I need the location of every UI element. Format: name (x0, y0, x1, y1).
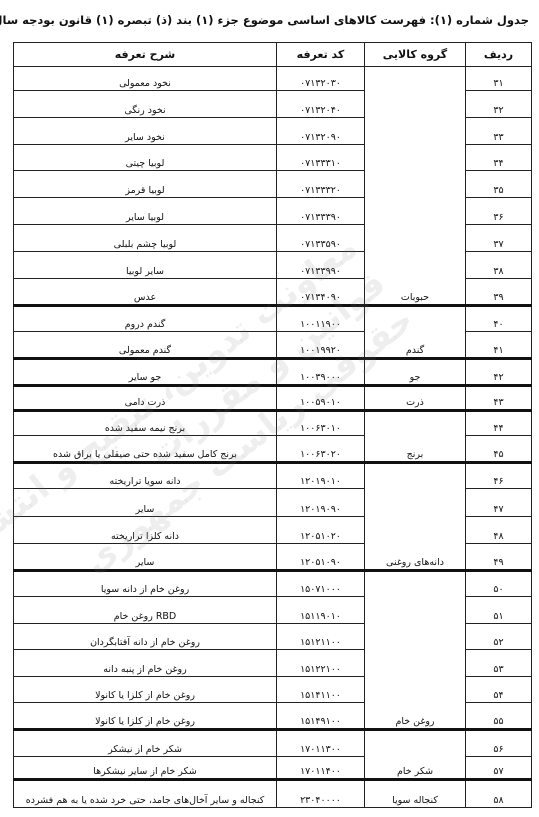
cell-tariff-code: ۰۷۱۳۲۰۹۰ (277, 118, 365, 145)
cell-tariff-description: روغن خام از کلزا یا کانولا (14, 677, 277, 703)
cell-group: شکر خام (365, 730, 466, 780)
cell-tariff-description: جو سایر (14, 359, 277, 386)
cell-tariff-description: ذرت دامی (14, 386, 277, 411)
cell-tariff-description: RBD روغن خام (14, 597, 277, 624)
cell-tariff-description: روغن خام از کلزا یا کانولا (14, 703, 277, 730)
cell-radif: ۵۱ (466, 597, 532, 624)
cell-radif: ۳۱ (466, 67, 532, 91)
cell-radif: ۴۲ (466, 359, 532, 386)
cell-group: کنجاله سویا (365, 780, 466, 808)
cell-tariff-description: کنجاله و سایر آخال‌های جامد، حتی خرد شده… (14, 780, 277, 808)
cell-group: حبوبات (365, 67, 466, 306)
cell-tariff-code: ۱۰۰۱۱۹۰۰ (277, 306, 365, 332)
cell-tariff-description: شکر خام از نیشکر (14, 730, 277, 757)
cell-group: ذرت (365, 386, 466, 411)
cell-radif: ۴۶ (466, 463, 532, 489)
cell-radif: ۴۷ (466, 489, 532, 517)
cell-tariff-code: ۱۲۰۵۱۰۹۰ (277, 544, 365, 571)
cell-tariff-description: لوبیا چشم بلبلی (14, 225, 277, 252)
cell-tariff-description: سایر لوبیا (14, 252, 277, 279)
cell-tariff-description: لوبیا سایر (14, 198, 277, 225)
cell-tariff-code: ۱۰۰۶۳۰۱۰ (277, 411, 365, 436)
cell-group: جو (365, 359, 466, 386)
header-group: گروه کالایی (365, 43, 466, 67)
cell-tariff-description: روغن خام از دانه سویا (14, 571, 277, 597)
cell-tariff-code: ۱۰۰۳۹۰۰۰ (277, 359, 365, 386)
header-radif: ردیف (466, 43, 532, 67)
cell-tariff-description: سایر (14, 544, 277, 571)
cell-radif: ۴۹ (466, 544, 532, 571)
cell-tariff-description: شکر خام از سایر نیشکرها (14, 757, 277, 780)
cell-tariff-description: نخود رنگی (14, 91, 277, 118)
cell-tariff-code: ۱۰۰۶۳۰۲۰ (277, 436, 365, 463)
cell-tariff-description: نخود معمولی (14, 67, 277, 91)
cell-radif: ۳۳ (466, 118, 532, 145)
tariff-table: ردیف گروه کالایی کد تعرفه شرح تعرفه ۳۱حب… (13, 42, 532, 808)
cell-tariff-code: ۱۷۰۱۱۳۰۰ (277, 730, 365, 757)
cell-tariff-code: ۱۰۰۵۹۰۱۰ (277, 386, 365, 411)
cell-radif: ۵۳ (466, 650, 532, 677)
table-row: ۵۰روغن خام۱۵۰۷۱۰۰۰روغن خام از دانه سویا (14, 571, 532, 597)
cell-radif: ۴۱ (466, 332, 532, 359)
cell-radif: ۵۰ (466, 571, 532, 597)
header-code: کد تعرفه (277, 43, 365, 67)
cell-tariff-code: ۱۰۰۱۹۹۲۰ (277, 332, 365, 359)
table-row: ۴۲جو۱۰۰۳۹۰۰۰جو سایر (14, 359, 532, 386)
cell-tariff-code: ۰۷۱۳۲۰۴۰ (277, 91, 365, 118)
cell-radif: ۳۵ (466, 171, 532, 198)
cell-tariff-code: ۰۷۱۳۳۳۱۰ (277, 145, 365, 171)
header-desc: شرح تعرفه (14, 43, 277, 67)
cell-radif: ۴۸ (466, 517, 532, 544)
cell-group: گندم (365, 306, 466, 359)
table-body: ۳۱حبوبات۰۷۱۳۲۰۳۰نخود معمولی۳۲۰۷۱۳۲۰۴۰نخو… (14, 67, 532, 808)
cell-tariff-code: ۱۷۰۱۱۴۰۰ (277, 757, 365, 780)
cell-tariff-description: گندم دروم (14, 306, 277, 332)
cell-tariff-description: لوبیا قرمز (14, 171, 277, 198)
cell-radif: ۵۸ (466, 780, 532, 808)
cell-tariff-description: دانه سویا تراریخته (14, 463, 277, 489)
cell-radif: ۳۴ (466, 145, 532, 171)
cell-tariff-code: ۱۵۱۴۹۱۰۰ (277, 703, 365, 730)
cell-radif: ۵۵ (466, 703, 532, 730)
cell-tariff-description: دانه کلزا تراریخته (14, 517, 277, 544)
cell-tariff-code: ۱۵۱۴۱۱۰۰ (277, 677, 365, 703)
cell-tariff-description: روغن خام از دانه آفتابگردان (14, 624, 277, 650)
table-row: ۳۱حبوبات۰۷۱۳۲۰۳۰نخود معمولی (14, 67, 532, 91)
cell-tariff-code: ۰۷۱۳۳۳۹۰ (277, 198, 365, 225)
cell-group: دانه‌های روغنی (365, 463, 466, 571)
cell-tariff-code: ۰۷۱۳۴۰۹۰ (277, 279, 365, 306)
cell-tariff-code: ۰۷۱۳۳۳۲۰ (277, 171, 365, 198)
cell-tariff-description: برنج نیمه سفید شده (14, 411, 277, 436)
cell-tariff-code: ۱۲۰۱۹۰۹۰ (277, 489, 365, 517)
table-row: ۵۸کنجاله سویا۲۳۰۴۰۰۰۰کنجاله و سایر آخال‌… (14, 780, 532, 808)
cell-radif: ۴۳ (466, 386, 532, 411)
cell-tariff-code: ۱۲۰۱۹۰۱۰ (277, 463, 365, 489)
cell-tariff-description: نخود سایر (14, 118, 277, 145)
cell-tariff-code: ۱۵۱۲۲۱۰۰ (277, 650, 365, 677)
table-row: ۴۰گندم۱۰۰۱۱۹۰۰گندم دروم (14, 306, 532, 332)
table-row: ۵۶شکر خام۱۷۰۱۱۳۰۰شکر خام از نیشکر (14, 730, 532, 757)
cell-tariff-description: برنج کامل سفید شده حتی صیقلی یا براق شده (14, 436, 277, 463)
cell-tariff-description: سایر (14, 489, 277, 517)
cell-radif: ۵۷ (466, 757, 532, 780)
cell-radif: ۳۷ (466, 225, 532, 252)
cell-radif: ۵۴ (466, 677, 532, 703)
cell-radif: ۵۲ (466, 624, 532, 650)
cell-radif: ۳۶ (466, 198, 532, 225)
cell-group: برنج (365, 411, 466, 463)
cell-tariff-code: ۲۳۰۴۰۰۰۰ (277, 780, 365, 808)
cell-group: روغن خام (365, 571, 466, 730)
table-row: ۴۳ذرت۱۰۰۵۹۰۱۰ذرت دامی (14, 386, 532, 411)
cell-tariff-code: ۰۷۱۳۲۰۳۰ (277, 67, 365, 91)
cell-tariff-code: ۱۵۱۱۹۰۱۰ (277, 597, 365, 624)
cell-tariff-description: گندم معمولی (14, 332, 277, 359)
cell-tariff-code: ۱۵۱۲۱۱۰۰ (277, 624, 365, 650)
table-row: ۴۶دانه‌های روغنی۱۲۰۱۹۰۱۰دانه سویا تراریخ… (14, 463, 532, 489)
cell-tariff-description: لوبیا چیتی (14, 145, 277, 171)
cell-radif: ۴۴ (466, 411, 532, 436)
cell-tariff-code: ۱۲۰۵۱۰۲۰ (277, 517, 365, 544)
cell-radif: ۴۰ (466, 306, 532, 332)
cell-tariff-description: عدس (14, 279, 277, 306)
cell-tariff-code: ۰۷۱۳۳۹۹۰ (277, 252, 365, 279)
document-title: جدول شماره (۱): فهرست کالاهای اساسی موضو… (6, 13, 529, 27)
cell-tariff-code: ۰۷۱۳۳۵۹۰ (277, 225, 365, 252)
cell-tariff-description: روغن خام از پنبه دانه (14, 650, 277, 677)
cell-radif: ۳۹ (466, 279, 532, 306)
cell-radif: ۳۸ (466, 252, 532, 279)
table-row: ۴۴برنج۱۰۰۶۳۰۱۰برنج نیمه سفید شده (14, 411, 532, 436)
cell-radif: ۴۵ (466, 436, 532, 463)
cell-radif: ۵۶ (466, 730, 532, 757)
cell-tariff-code: ۱۵۰۷۱۰۰۰ (277, 571, 365, 597)
cell-radif: ۳۲ (466, 91, 532, 118)
table-header-row: ردیف گروه کالایی کد تعرفه شرح تعرفه (14, 43, 532, 67)
